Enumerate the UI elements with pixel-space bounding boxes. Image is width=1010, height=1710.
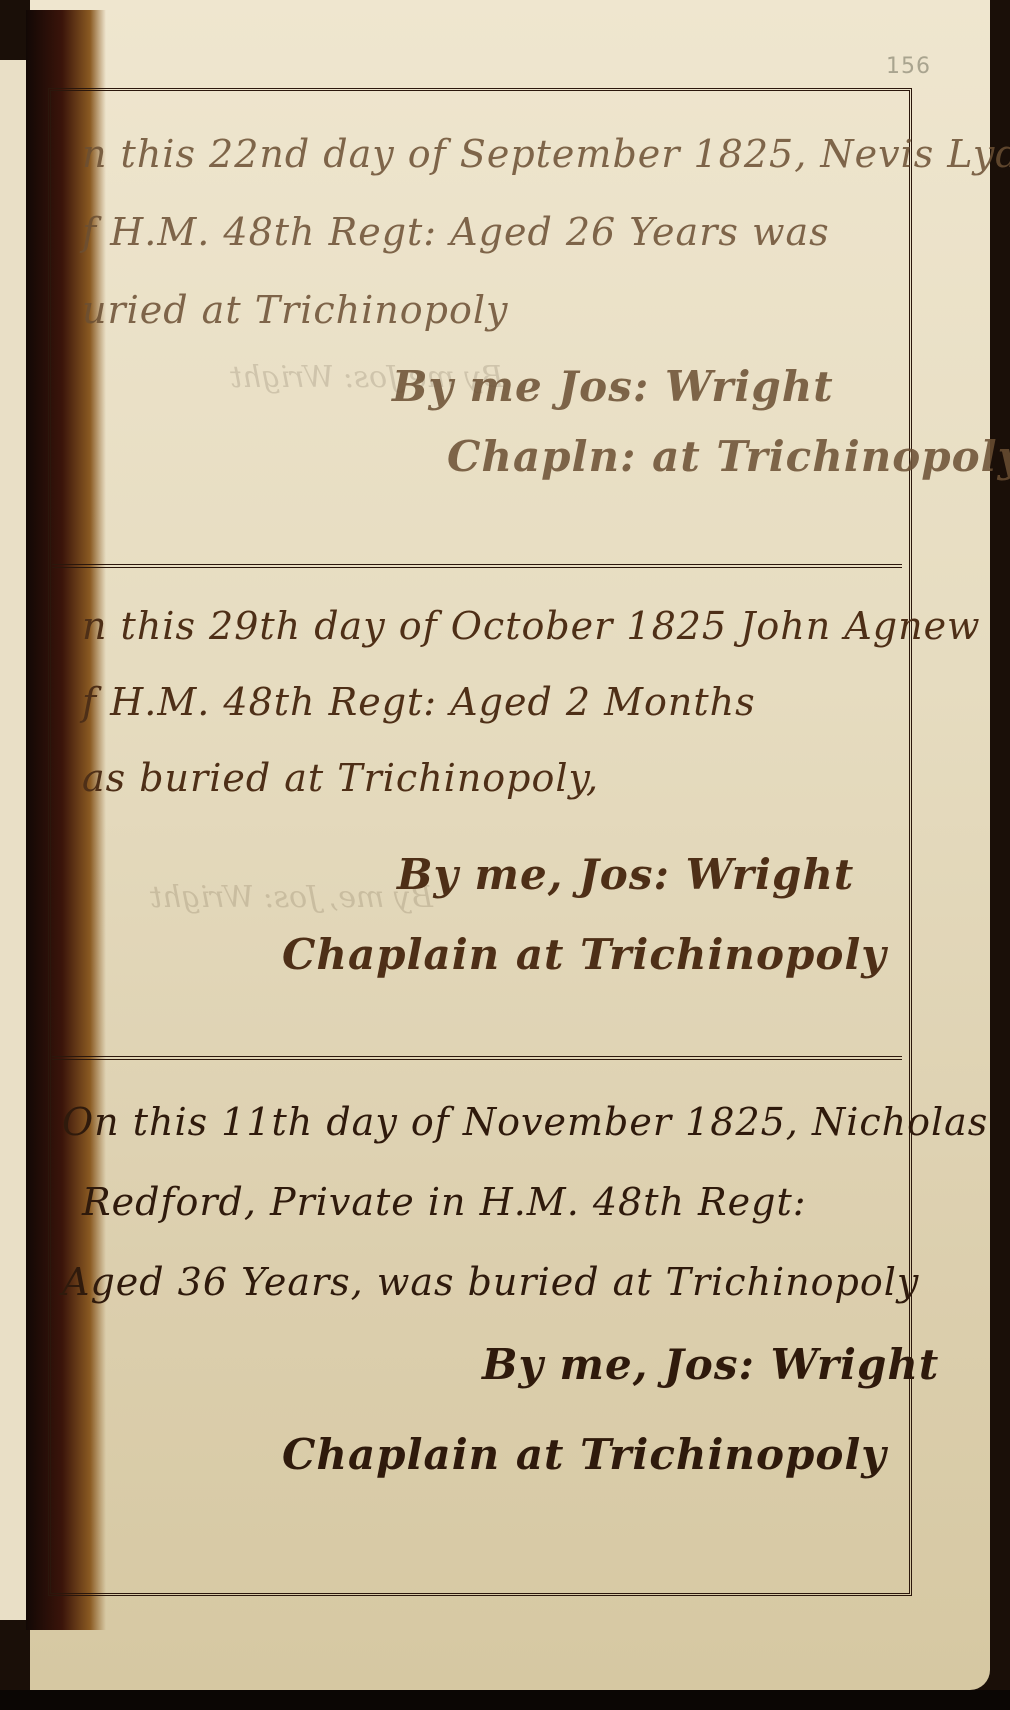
signature-title: Chaplain at Trichinopoly <box>282 930 887 979</box>
entry-line: Aged 36 Years, was buried at Trichinopol… <box>62 1260 919 1304</box>
burial-entry: n this 29th day of October 1825 John Agn… <box>52 568 902 1060</box>
entry-line: Redford, Private in H.M. 48th Regt: <box>82 1180 807 1224</box>
signature-line: By me Jos: Wright <box>392 362 834 411</box>
burial-entry: On this 11th day of November 1825, Nicho… <box>52 1060 902 1586</box>
signature-title: Chaplain at Trichinopoly <box>282 1430 887 1479</box>
entry-line: n this 22nd day of September 1825, Nevis… <box>82 132 1010 176</box>
signature-line: By me, Jos: Wright <box>482 1340 939 1389</box>
page-number: 156 <box>886 54 931 79</box>
scan-background <box>0 1690 1010 1710</box>
entry-line: as buried at Trichinopoly, <box>82 756 599 800</box>
entry-line: n this 29th day of October 1825 John Agn… <box>82 604 981 648</box>
signature-line: By me, Jos: Wright <box>397 850 854 899</box>
entry-line: f H.M. 48th Regt: Aged 2 Months <box>82 680 756 724</box>
entry-line: f H.M. 48th Regt: Aged 26 Years was <box>82 210 830 254</box>
entry-line: uried at Trichinopoly <box>82 288 508 332</box>
burial-entry: n this 22nd day of September 1825, Nevis… <box>52 92 902 568</box>
entry-line: On this 11th day of November 1825, Nicho… <box>62 1100 988 1144</box>
signature-title: Chapln: at Trichinopoly <box>447 432 1010 481</box>
